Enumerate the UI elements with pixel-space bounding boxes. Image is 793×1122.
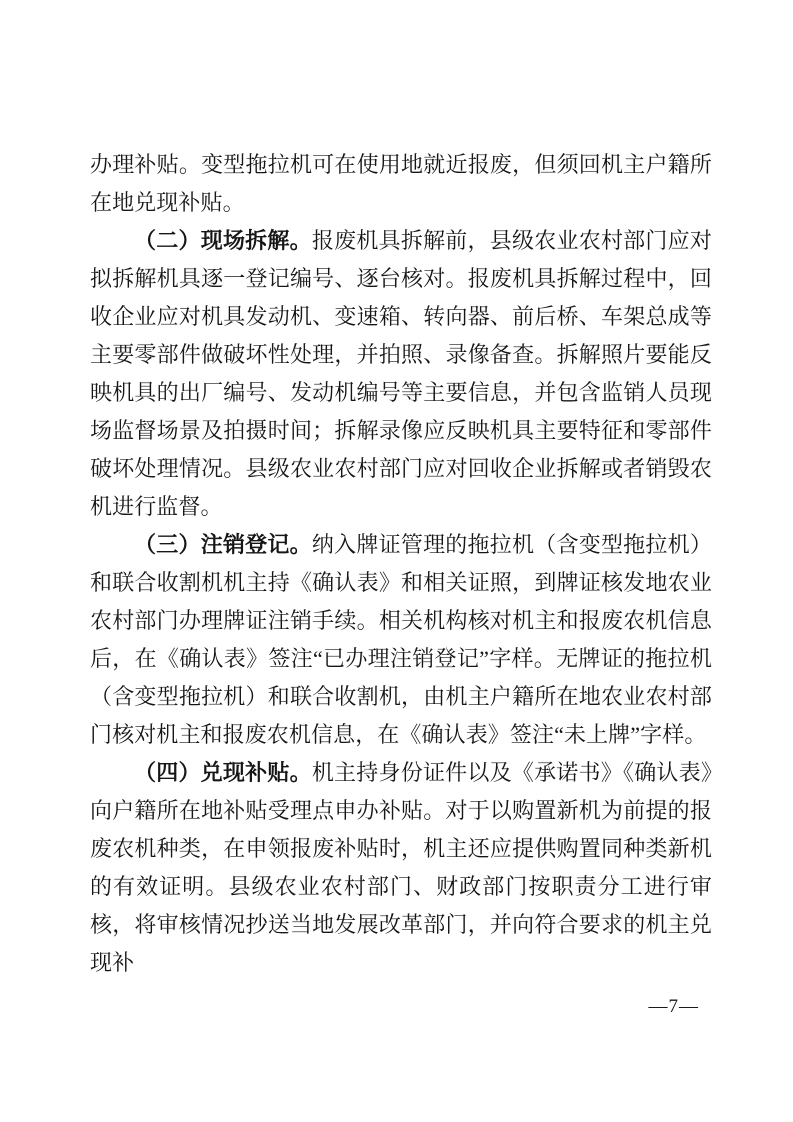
paragraph: （三）注销登记。纳入牌证管理的拖拉机（含变型拖拉机）和联合收割机机主持《确认表》…: [90, 526, 712, 754]
document-page: 办理补贴。变型拖拉机可在使用地就近报废，但须回机主户籍所在地兑现补贴。 （二）现…: [0, 0, 793, 1122]
paragraph: （二）现场拆解。报废机具拆解前，县级农业农村部门应对拟拆解机具逐一登记编号、逐台…: [90, 222, 712, 526]
paragraph-text: 纳入牌证管理的拖拉机（含变型拖拉机）和联合收割机机主持《确认表》和相关证照，到牌…: [90, 532, 712, 747]
paragraph-text: 报废机具拆解前，县级农业农村部门应对拟拆解机具逐一登记编号、逐台核对。报废机具拆…: [90, 228, 712, 519]
paragraph-heading: （二）现场拆解。: [134, 228, 312, 253]
paragraph: （四）兑现补贴。机主持身份证件以及《承诺书》《确认表》向户籍所在地补贴受理点申办…: [90, 754, 712, 982]
document-body: 办理补贴。变型拖拉机可在使用地就近报废，但须回机主户籍所在地兑现补贴。 （二）现…: [90, 146, 712, 982]
page-number: —7—: [649, 995, 700, 1019]
paragraph-heading: （三）注销登记。: [134, 532, 312, 557]
paragraph-text: 办理补贴。变型拖拉机可在使用地就近报废，但须回机主户籍所在地兑现补贴。: [90, 152, 712, 215]
paragraph-heading: （四）兑现补贴。: [134, 760, 312, 785]
paragraph: 办理补贴。变型拖拉机可在使用地就近报废，但须回机主户籍所在地兑现补贴。: [90, 146, 712, 222]
paragraph-text: 机主持身份证件以及《承诺书》《确认表》向户籍所在地补贴受理点申办补贴。对于以购置…: [90, 760, 712, 975]
